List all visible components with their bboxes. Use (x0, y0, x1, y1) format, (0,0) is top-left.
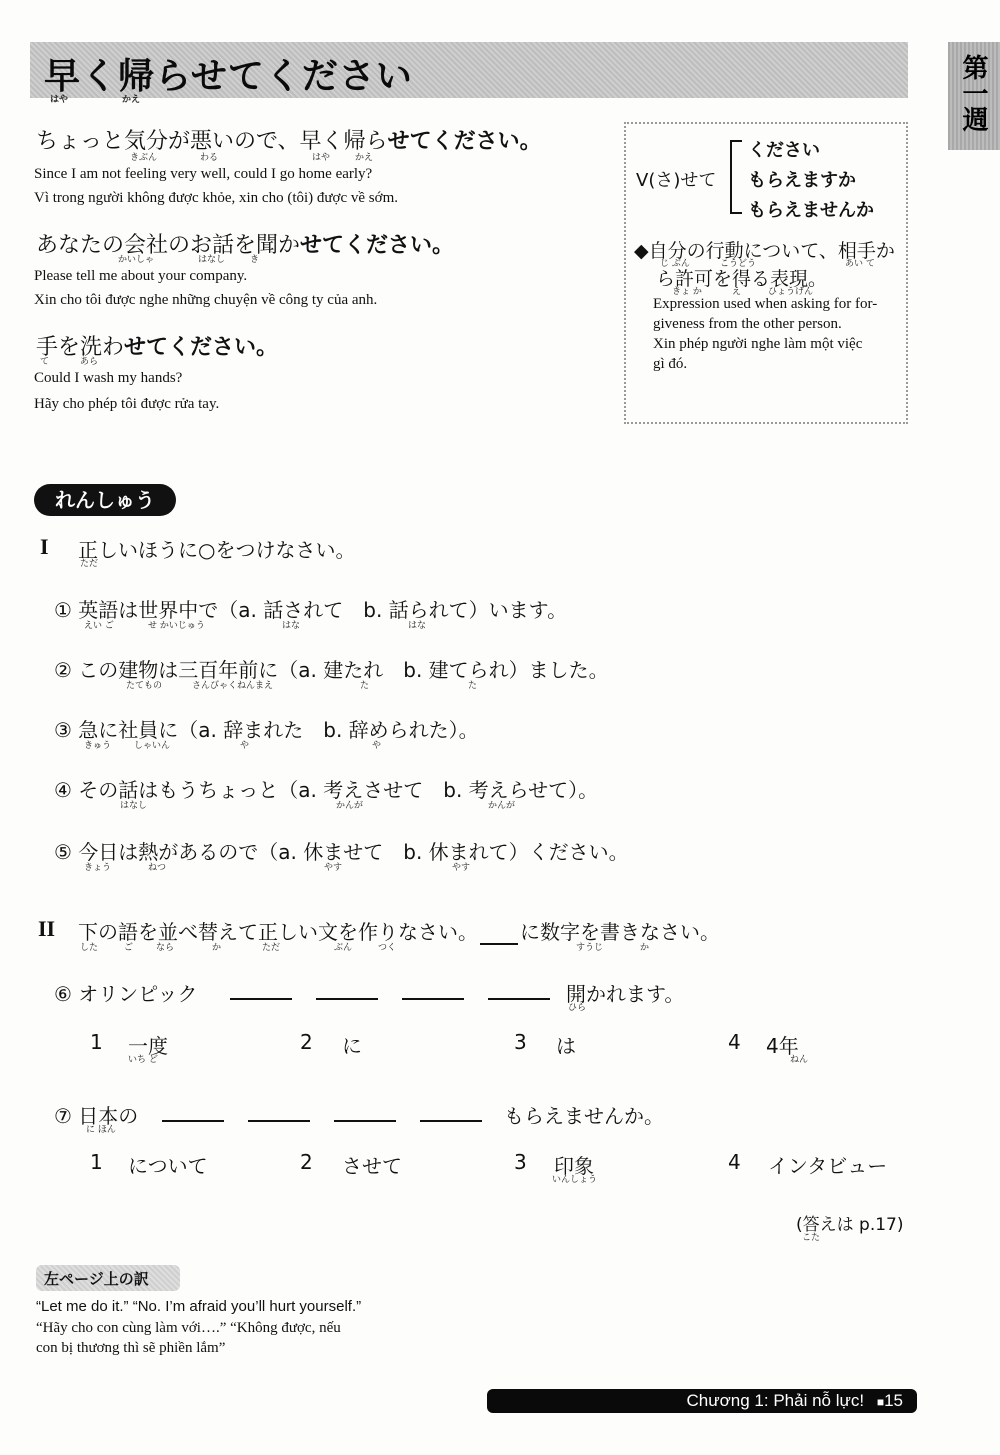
square-marker-icon: ■ (877, 1395, 884, 1409)
option-text: について (128, 1150, 208, 1179)
practice-label: れんしゅう (34, 484, 176, 516)
ruby: ただ (262, 940, 280, 953)
question-number: ⑦ (54, 1104, 72, 1128)
bracket (730, 140, 742, 214)
footer-bar: Chương 1: Phải nỗ lực! ■15 (487, 1389, 917, 1413)
ruby: た (360, 678, 369, 691)
translation-label: 左ページ上の訳 (44, 1268, 149, 1289)
ruby: た (468, 678, 477, 691)
option-text: させて (342, 1150, 402, 1179)
option-number: 2 (300, 1150, 313, 1174)
ruby: か (640, 940, 649, 953)
ruby: わる (200, 150, 218, 163)
ruby: か (212, 940, 221, 953)
question-6: ⑥ オリンピック (54, 978, 198, 1007)
answer-blank-2[interactable] (316, 980, 378, 1000)
section-2-numeral: II (38, 916, 55, 942)
question-3: ③ 急に社員に（a. 辞まれた b. 辞められた）。 (54, 714, 479, 743)
ruby: はな (408, 618, 426, 631)
note-english-line-1: Expression used when asking for for- (653, 296, 877, 313)
title-ruby: はや (50, 92, 68, 105)
page-title: 早く帰らせてください (44, 48, 413, 99)
option-number: 4 (728, 1150, 741, 1174)
option-number: 2 (300, 1030, 313, 1054)
answer-blanks (162, 1102, 506, 1122)
question-prefix: オリンピック (78, 982, 197, 1006)
ruby: した (80, 940, 98, 953)
translation-english: “Let me do it.” “No. I’m afraid you’ll h… (36, 1298, 361, 1315)
option-text: に (342, 1030, 362, 1059)
answer-blank-1[interactable] (230, 980, 292, 1000)
example-plain-text: あなたの会社のお話を聞か (36, 233, 300, 258)
grammar-pattern: V(さ)せて (636, 166, 716, 192)
option-number: 4 (728, 1030, 741, 1054)
ruby: ねん (790, 1052, 808, 1065)
answer-blank-4[interactable] (420, 1102, 482, 1122)
ruby: いんしょう (552, 1172, 597, 1185)
ruby: さんびゃくねんまえ (192, 678, 273, 691)
example-3-english: Could I wash my hands? (34, 370, 182, 387)
example-bold-text: せてください。 (124, 335, 278, 360)
question-suffix: もらえませんか。 (504, 1100, 664, 1129)
ruby: や (240, 738, 249, 751)
ruby: あら (80, 354, 98, 367)
ruby: き (250, 252, 259, 265)
ruby: すうじ (576, 940, 603, 953)
option-text: インタビュー (768, 1150, 887, 1179)
ruby: かんが (488, 798, 515, 811)
question-number: ④ (54, 778, 72, 802)
question-number: ① (54, 598, 72, 622)
ruby: えい ご (84, 618, 114, 631)
diamond-bullet-icon: ◆ (634, 240, 649, 262)
question-number: ③ (54, 718, 72, 742)
example-3-vietnamese: Hãy cho phép tôi được rửa tay. (34, 396, 219, 413)
ruby: きゅう (84, 738, 111, 751)
option-number: 3 (514, 1030, 527, 1054)
note-vietnamese-line-2: gì đó. (653, 356, 687, 373)
answer-blank-3[interactable] (402, 980, 464, 1000)
blank-line (480, 925, 518, 945)
ruby: なら (156, 940, 174, 953)
pattern-ending-2: もらえますか (748, 166, 856, 192)
chapter-side-tab: 第一週 (948, 42, 1000, 150)
ruby: たてもの (126, 678, 162, 691)
ruby: はなし (198, 252, 225, 265)
ruby: やす (324, 860, 342, 873)
ruby: ひら (568, 1000, 586, 1013)
note-vietnamese-line-1: Xin phép người nghe làm một việc (653, 336, 862, 353)
question-number: ② (54, 658, 72, 682)
example-1-japanese: ちょっと気分が悪いので、早く帰らせてください。 (36, 124, 542, 155)
ruby: いち ど (128, 1052, 158, 1065)
note-english-line-2: giveness from the other person. (653, 316, 842, 333)
chapter-title: Chương 1: Phải nỗ lực! (687, 1391, 865, 1410)
ruby: ただ (80, 556, 98, 569)
ruby: に ほん (86, 1122, 116, 1135)
translation-vietnamese-1: “Hãy cho con cùng làm với….” “Không được… (36, 1320, 341, 1337)
ruby: ご (124, 940, 133, 953)
ruby: かんが (336, 798, 363, 811)
ruby: やす (452, 860, 470, 873)
answer-blank-1[interactable] (162, 1102, 224, 1122)
answer-blank-2[interactable] (248, 1102, 310, 1122)
ruby: しゃいん (134, 738, 170, 751)
question-number: ⑥ (54, 982, 72, 1006)
example-2-japanese: あなたの会社のお話を聞かせてください。 (36, 228, 454, 259)
ruby: あい て (845, 256, 875, 269)
ruby: ぶん (334, 940, 352, 953)
title-ruby: かえ (122, 92, 140, 105)
ruby: かいしゃ (118, 252, 154, 265)
ruby: はな (282, 618, 300, 631)
ruby: かえ (355, 150, 373, 163)
pattern-ending-1: ください (748, 136, 820, 162)
ruby: きょう (84, 860, 111, 873)
section-1-numeral: I (40, 534, 49, 560)
option-number: 1 (90, 1150, 103, 1174)
side-tab-label: 第一週 (958, 54, 988, 132)
example-bold-text: せてください。 (388, 129, 542, 154)
translation-vietnamese-2: con bị thương thì sẽ phiền lắm” (36, 1340, 225, 1357)
example-1-vietnamese: Vì trong người không được khỏe, xin cho … (34, 190, 398, 207)
option-number: 3 (514, 1150, 527, 1174)
option-text: は (556, 1030, 576, 1059)
answer-blanks (230, 980, 574, 1000)
ruby: ねつ (148, 860, 166, 873)
ruby: はなし (120, 798, 147, 811)
option-number: 1 (90, 1030, 103, 1054)
ruby: はや (312, 150, 330, 163)
question-number: ⑤ (54, 840, 72, 864)
ruby: きぶん (130, 150, 157, 163)
example-2-vietnamese: Xin cho tôi được nghe những chuyện về cô… (34, 292, 377, 309)
example-1-english: Since I am not feeling very well, could … (34, 166, 372, 183)
instruction-text: に数字を書きなさい。 (520, 920, 720, 944)
ruby: せ かいじゅう (148, 618, 205, 631)
example-3-japanese: 手を洗わせてください。 (36, 330, 278, 361)
example-2-english: Please tell me about your company. (34, 268, 247, 285)
ruby: こた (802, 1230, 820, 1243)
ruby: や (372, 738, 381, 751)
example-bold-text: せてください。 (300, 233, 454, 258)
page-number: 15 (884, 1391, 903, 1410)
section-2-instruction: 下の語を並べ替えて正しい文を作りなさい。に数字を書きなさい。 (78, 916, 720, 945)
answer-blank-3[interactable] (334, 1102, 396, 1122)
question-1: ① 英語は世界中で（a. 話されて b. 話られて）います。 (54, 594, 567, 623)
answer-blank-4[interactable] (488, 980, 550, 1000)
section-1-instruction: 正しいほうに○をつけなさい。 (78, 534, 355, 563)
pattern-ending-3: もらえませんか (748, 196, 874, 222)
ruby: つく (378, 940, 396, 953)
ruby: て (40, 354, 49, 367)
